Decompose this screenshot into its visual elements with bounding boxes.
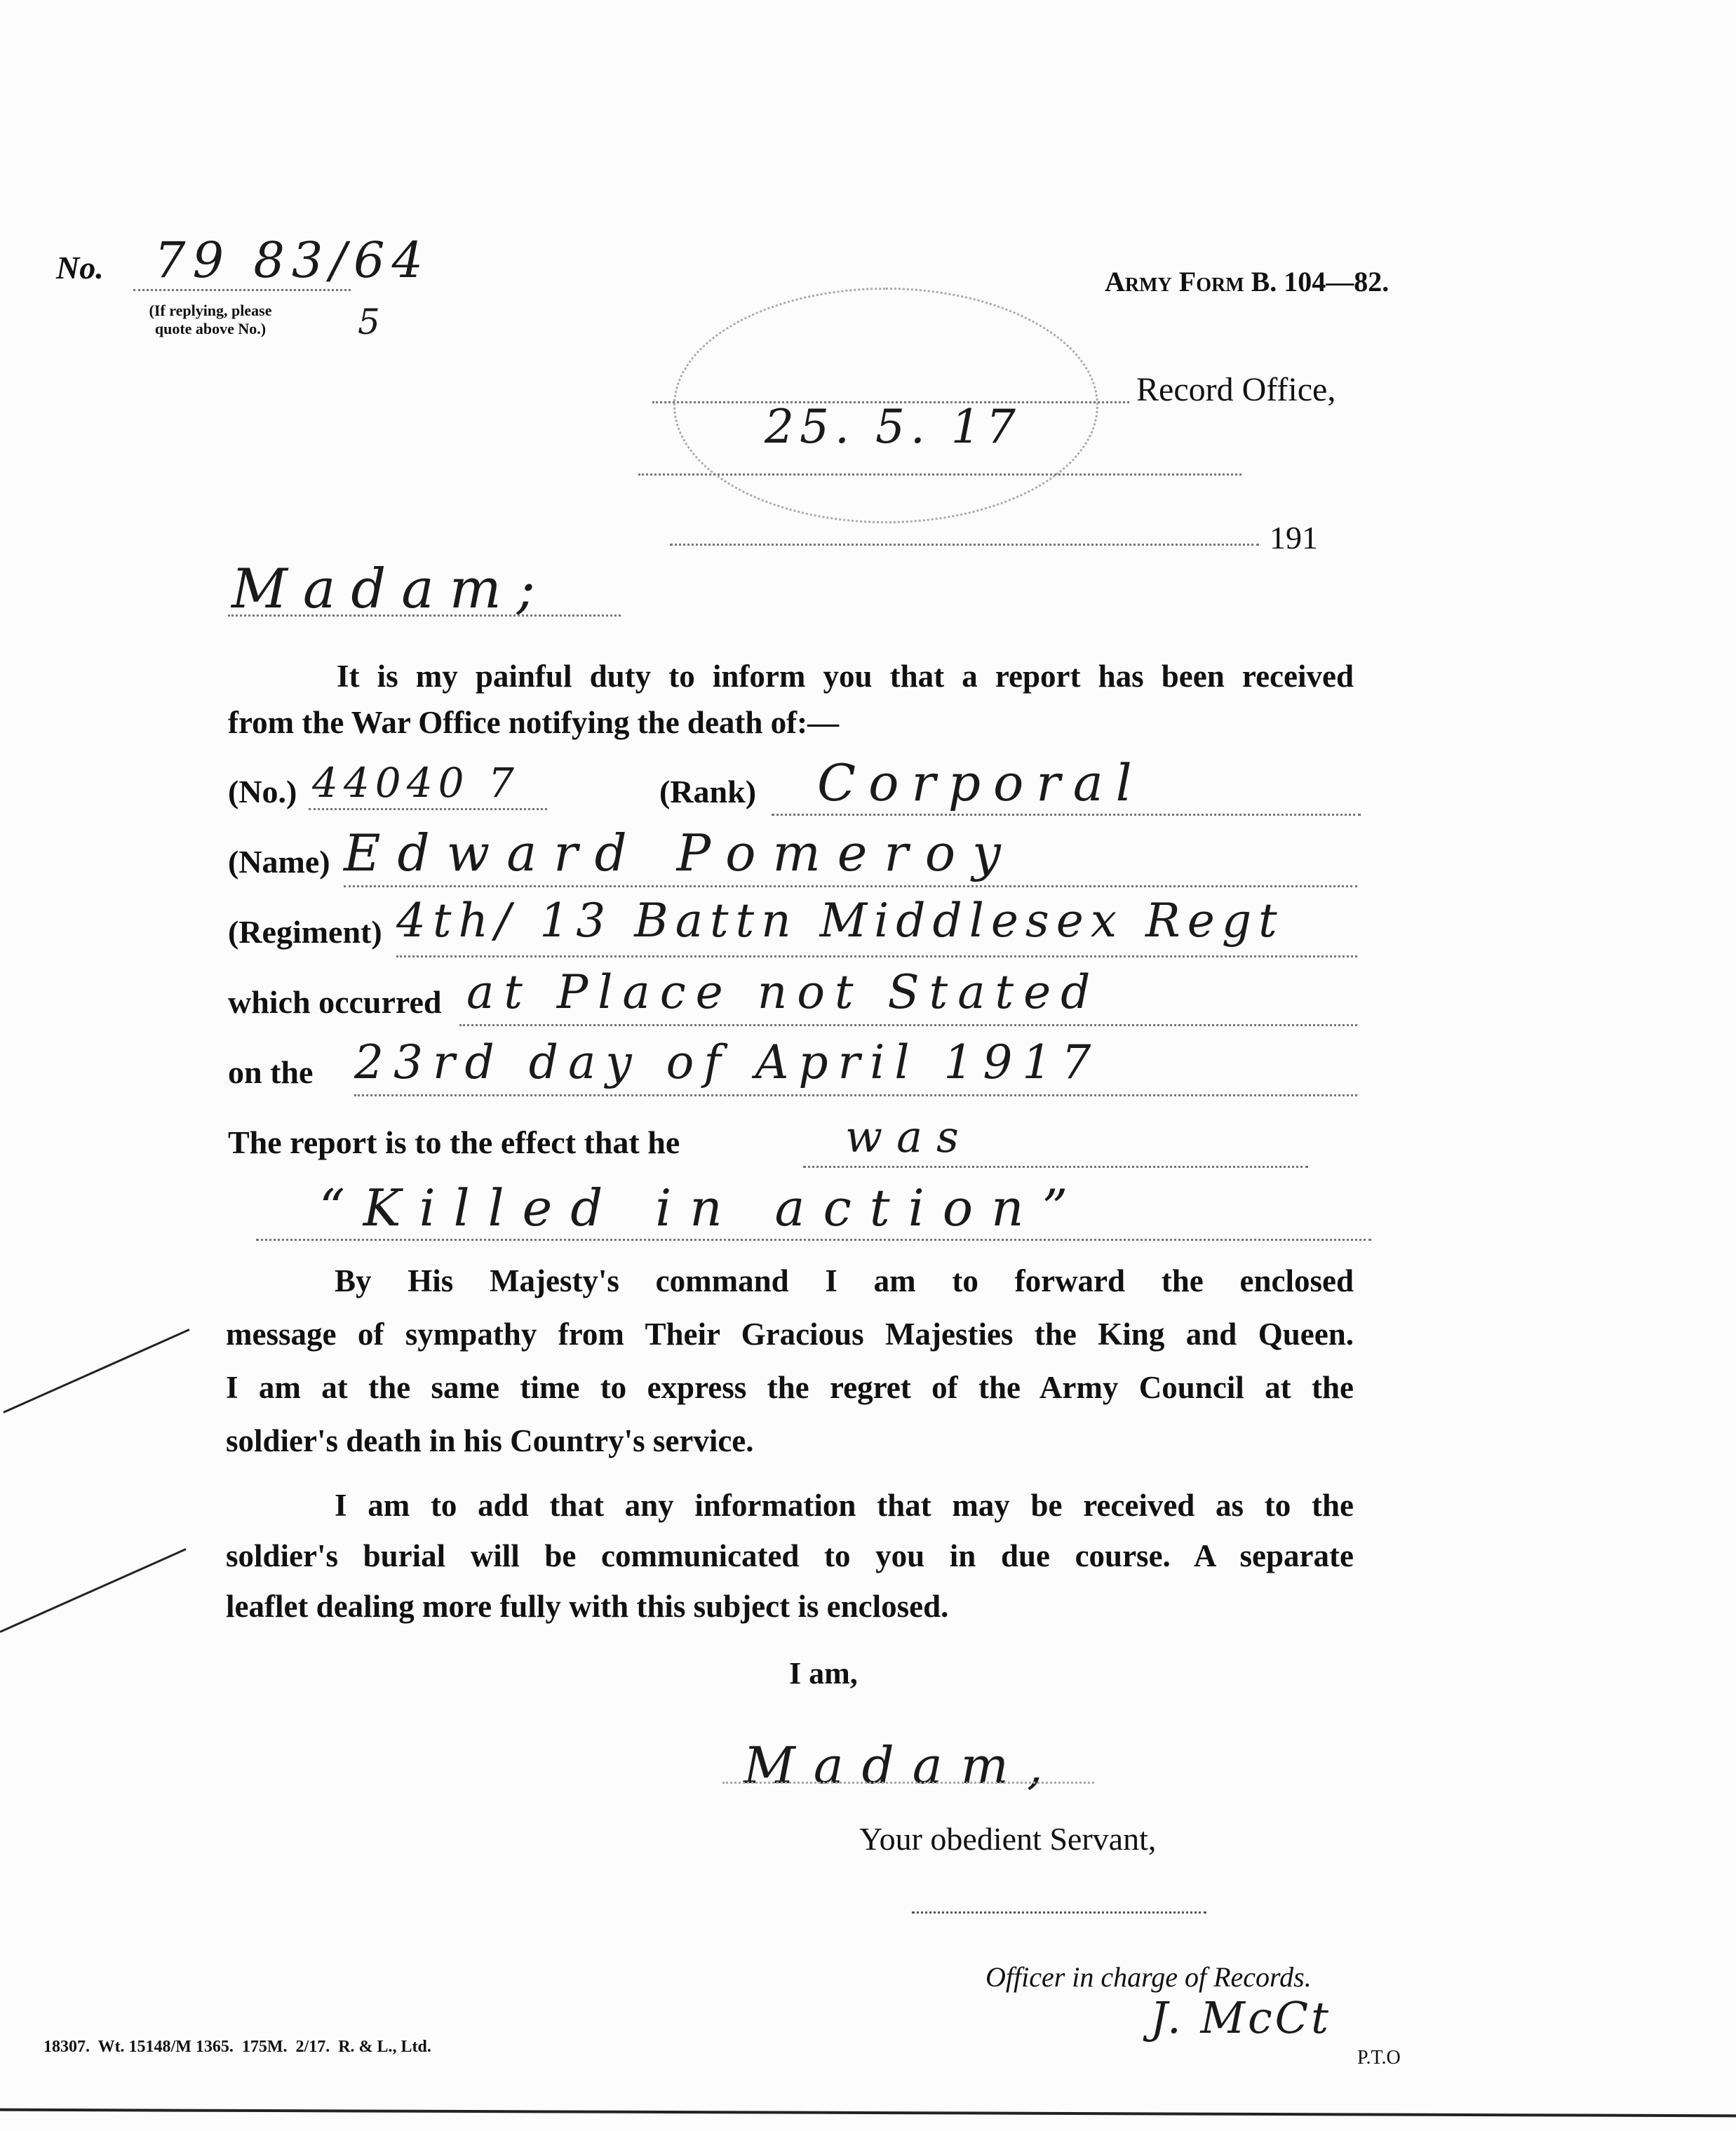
salutation-handwritten: Madam;: [231, 558, 551, 621]
name-value: Edward Pomeroy: [344, 824, 1018, 882]
effect-dotted-line-2: [256, 1239, 1371, 1241]
paragraph-burial: I am to add that any information that ma…: [226, 1480, 1354, 1632]
intro-line-1: It is my painful duty to inform you that…: [337, 651, 1354, 701]
paragraph-sympathy-line-1: By His Majesty's command I am to forward…: [335, 1256, 1354, 1306]
paragraph-burial-line-1: I am to add that any information that ma…: [335, 1480, 1354, 1531]
address-dotted-line: [638, 473, 1242, 476]
field-name-row: (Name) Edward Pomeroy: [228, 835, 1357, 891]
reply-note-line2: quote above No.): [119, 320, 302, 338]
reference-number-dotted-line: [133, 289, 351, 291]
number-label: (No.): [228, 773, 297, 810]
bottom-rule: [0, 2109, 1736, 2118]
reply-note: (If replying, please quote above No.): [119, 302, 302, 338]
record-office-dotted-line: [652, 401, 1129, 403]
printer-line: 18307. Wt. 15148/M 1365. 175M. 2/17. R. …: [43, 2038, 431, 2057]
effect-dotted-line-1: [803, 1166, 1308, 1168]
effect-label: The report is to the effect that he: [228, 1124, 680, 1161]
paragraph-burial-line-3: leaflet dealing more fully with this sub…: [226, 1581, 1354, 1632]
reply-note-line1: (If replying, please: [119, 302, 302, 320]
reference-number-handwritten: 79 83/64: [154, 231, 430, 289]
regiment-dotted-line: [396, 955, 1357, 957]
place-value: at Place not Stated: [466, 965, 1100, 1019]
regiment-value: 4th/ 13 Battn Middlesex Regt: [396, 894, 1284, 948]
rank-label: (Rank): [659, 773, 756, 810]
effect-value-line1: was: [845, 1111, 973, 1162]
paragraph-burial-line-2: soldier's burial will be communicated to…: [226, 1531, 1354, 1581]
rank-dotted-line: [772, 814, 1361, 816]
no-label: No.: [56, 249, 104, 286]
paragraph-sympathy-line-4: soldier's death in his Country's service…: [226, 1416, 1354, 1466]
paragraph-sympathy: By His Majesty's command I am to forward…: [226, 1256, 1354, 1466]
signature-dotted-line: [912, 1911, 1206, 1914]
form-title: Army Form B. 104—82.: [1105, 265, 1389, 298]
field-number-rank-row: (No.) 44040 7 (Rank) Corporal: [228, 765, 1357, 821]
your-obedient-servant: Your obedient Servant,: [859, 1820, 1156, 1857]
number-dotted-line: [309, 808, 547, 810]
rank-value: Corporal: [817, 753, 1145, 812]
closing-salutation-handwritten: Madam,: [743, 1736, 1061, 1795]
field-date-row: on the 23rd day of April 1917: [228, 1045, 1357, 1101]
name-dotted-line: [344, 885, 1357, 887]
intro-line-2: from the War Office notifying the death …: [228, 697, 839, 748]
regiment-label: (Regiment): [228, 913, 382, 950]
place-label: which occurred: [228, 983, 442, 1021]
number-value: 44040 7: [312, 759, 520, 807]
officer-signature-handwritten: J. McCt: [1150, 1992, 1331, 2043]
stamp-date-handwritten: 25. 5. 17: [765, 400, 1021, 454]
closing-i-am: I am,: [789, 1655, 858, 1691]
salutation-dotted-line: [228, 614, 621, 617]
pto-note: P.T.O: [1357, 2047, 1401, 2069]
date-dotted-line: [354, 1094, 1357, 1096]
name-label: (Name): [228, 843, 330, 880]
officer-title: Officer in charge of Records.: [985, 1961, 1312, 1994]
field-effect-row: The report is to the effect that he was …: [228, 1115, 1357, 1242]
date-value: 23rd day of April 1917: [354, 1035, 1101, 1089]
date-dotted-line: [670, 544, 1259, 546]
margin-pen-stroke-1: [3, 1329, 189, 1413]
margin-mark: 5: [358, 302, 393, 342]
closing-salutation-dotted-line: [722, 1782, 1094, 1784]
paragraph-sympathy-line-2: message of sympathy from Their Gracious …: [226, 1309, 1354, 1359]
paragraph-sympathy-line-3: I am at the same time to express the reg…: [226, 1362, 1354, 1413]
margin-pen-stroke-2: [0, 1548, 187, 1633]
effect-value-line2: “Killed in action”: [319, 1178, 1086, 1237]
place-dotted-line: [459, 1024, 1357, 1026]
field-regiment-row: (Regiment) 4th/ 13 Battn Middlesex Regt: [228, 905, 1357, 961]
record-office-label: Record Office,: [1136, 370, 1335, 409]
year-prefix: 191: [1270, 519, 1318, 556]
date-label: on the: [228, 1054, 313, 1091]
field-place-row: which occurred at Place not Stated: [228, 975, 1357, 1031]
